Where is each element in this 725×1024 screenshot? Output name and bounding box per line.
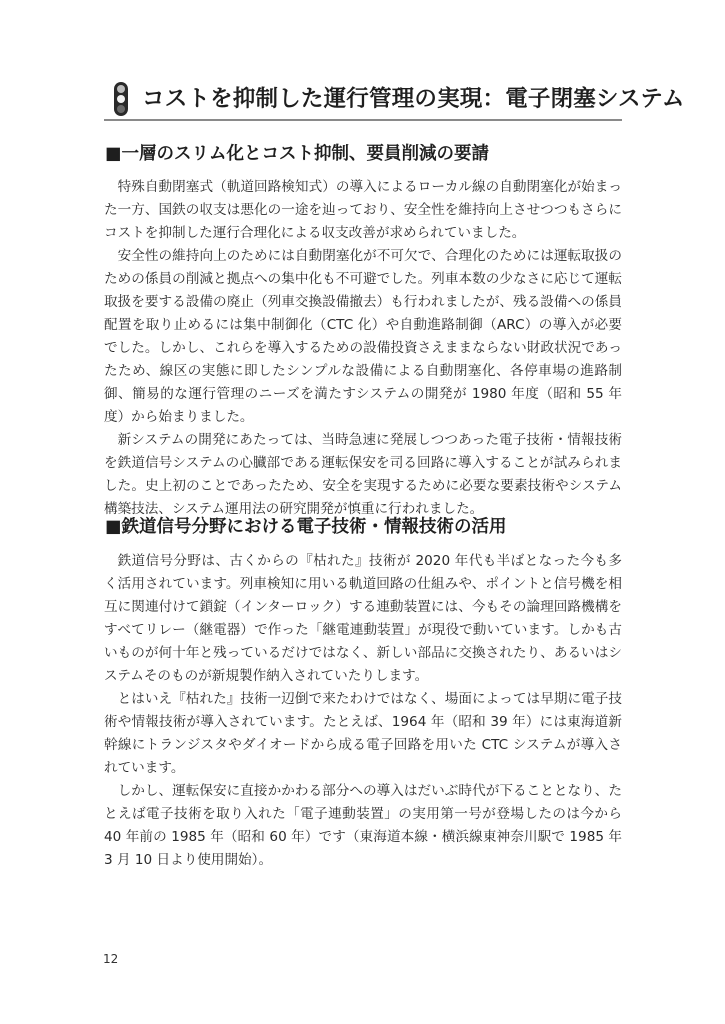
section-body-electronic-tech: 鉄道信号分野は、古くからの『枯れた』技術が 2020 年代も半ばとなった今も多く…: [104, 550, 622, 872]
paragraph: しかし、運転保安に直接かかわる部分への導入はだいぶ時代が下ることとなり、たとえば…: [104, 780, 622, 872]
paragraph: 特殊自動閉塞式（軌道回路検知式）の導入によるローカル線の自動閉塞化が始まった一方…: [104, 176, 622, 245]
signal-lamp-top-icon: [117, 85, 125, 93]
title-divider: [104, 119, 622, 121]
section-heading-slim-cost: ■一層のスリム化とコスト抑制、要員削減の要請: [105, 141, 489, 167]
paragraph: 鉄道信号分野は、古くからの『枯れた』技術が 2020 年代も半ばとなった今も多く…: [104, 550, 622, 688]
traffic-signal-icon: [114, 82, 128, 116]
document-page: コストを抑制した運行管理の実現：電子閉塞システム ■一層のスリム化とコスト抑制、…: [0, 0, 725, 1024]
page-number: 12: [103, 952, 118, 966]
page-title-block: コストを抑制した運行管理の実現：電子閉塞システム: [108, 76, 622, 120]
signal-lamp-bottom-icon: [117, 105, 125, 113]
paragraph: とはいえ『枯れた』技術一辺倒で来たわけではなく、場面によっては早期に電子技術や情…: [104, 688, 622, 780]
paragraph: 安全性の維持向上のためには自動閉塞化が不可欠で、合理化のためには運転取扱のための…: [104, 245, 622, 429]
section-heading-electronic-tech: ■鉄道信号分野における電子技術・情報技術の活用: [105, 514, 507, 540]
paragraph: 新システムの開発にあたっては、当時急速に発展しつつあった電子技術・情報技術を鉄道…: [104, 429, 622, 521]
section-body-slim-cost: 特殊自動閉塞式（軌道回路検知式）の導入によるローカル線の自動閉塞化が始まった一方…: [104, 176, 622, 521]
page-title: コストを抑制した運行管理の実現：電子閉塞システム: [142, 82, 685, 116]
signal-lamp-middle-icon: [117, 95, 125, 103]
